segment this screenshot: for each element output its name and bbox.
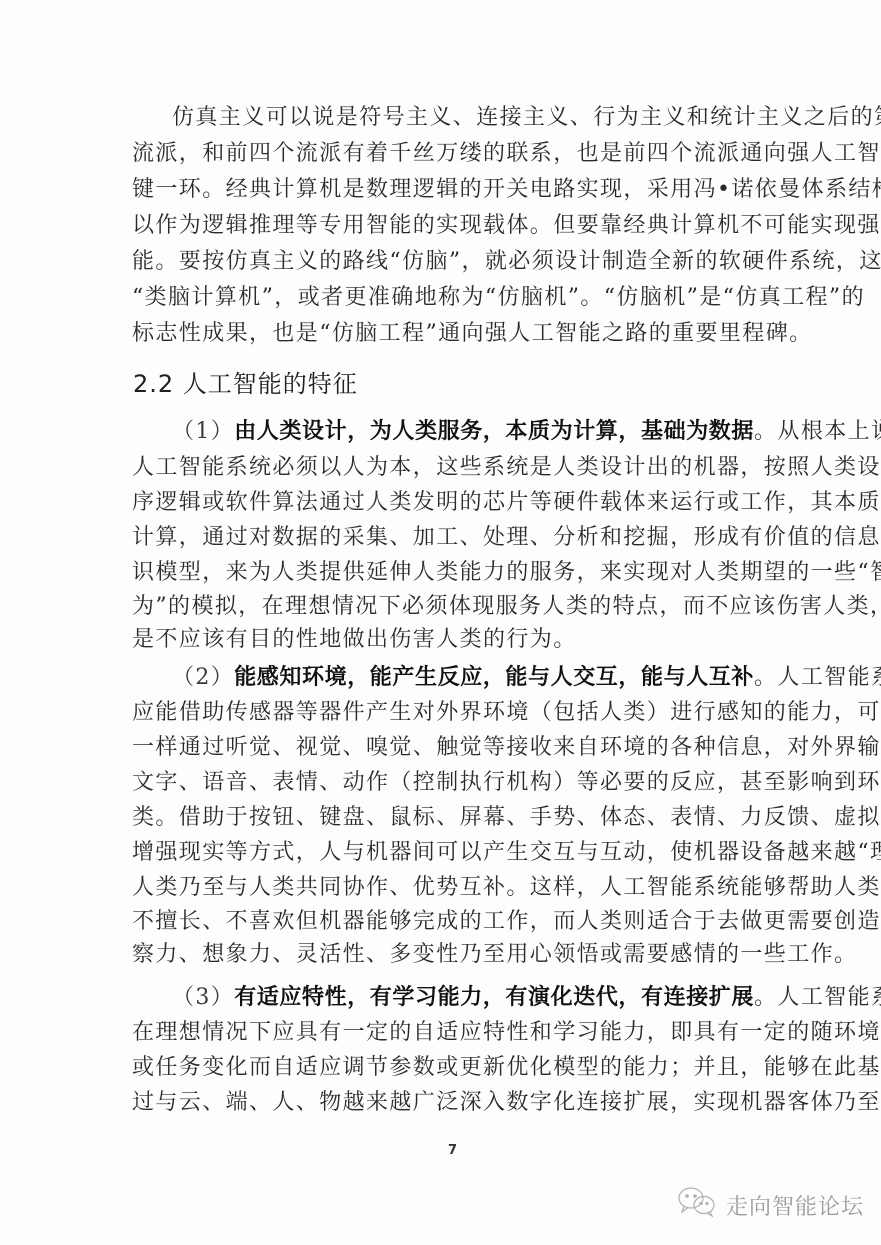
section-heading: 2.2 人工智能的特征 bbox=[133, 368, 358, 400]
text-line: 标志性成果，也是“仿脑工程”通向强人工智能之路的重要里程碑。 bbox=[132, 319, 748, 349]
text-line-lead: （2）能感知环境，能产生反应，能与人交互，能与人互补。人工智能系统 bbox=[172, 663, 748, 693]
watermark-text: 走向智能论坛 bbox=[726, 1190, 864, 1221]
text-line: 为”的模拟，在理想情况下必须体现服务人类的特点，而不应该伤害人类，特别 bbox=[132, 592, 748, 622]
text-line: 不擅长、不喜欢但机器能够完成的工作，而人类则适合于去做更需要创造性、洞 bbox=[132, 907, 748, 937]
text-line: 人类乃至与人类共同协作、优势互补。这样，人工智能系统能够帮助人类做人类 bbox=[132, 873, 748, 903]
text-line: 一样通过听觉、视觉、嗅觉、触觉等接收来自环境的各种信息，对外界输入产生 bbox=[132, 733, 748, 763]
text-line: 文字、语音、表情、动作（控制执行机构）等必要的反应，甚至影响到环境或人 bbox=[132, 768, 748, 798]
text-line: 或任务变化而自适应调节参数或更新优化模型的能力；并且，能够在此基础上通 bbox=[132, 1053, 748, 1083]
watermark: 走向智能论坛 bbox=[676, 1185, 864, 1225]
item-number: （1） bbox=[172, 419, 234, 444]
text-line: 过与云、端、人、物越来越广泛深入数字化连接扩展，实现机器客体乃至人类主 bbox=[132, 1088, 748, 1118]
wechat-icon bbox=[676, 1185, 720, 1225]
page-number: 7 bbox=[448, 1143, 457, 1158]
text-line: 应能借助传感器等器件产生对外界环境（包括人类）进行感知的能力，可以像人 bbox=[132, 698, 748, 728]
lead-tail: 。人工智能系统 bbox=[754, 665, 881, 690]
text-line-lead: （1）由人类设计，为人类服务，本质为计算，基础为数据。从根本上说， bbox=[172, 417, 748, 447]
lead-tail: 。从根本上说， bbox=[754, 419, 881, 444]
text-line: 以作为逻辑推理等专用智能的实现载体。但要靠经典计算机不可能实现强人工智 bbox=[132, 211, 748, 241]
text-line: 类。借助于按钮、键盘、鼠标、屏幕、手势、体态、表情、力反馈、虚拟现实/ bbox=[132, 803, 748, 833]
text-line: 序逻辑或软件算法通过人类发明的芯片等硬件载体来运行或工作，其本质体现为 bbox=[132, 488, 748, 518]
text-line: 仿真主义可以说是符号主义、连接主义、行为主义和统计主义之后的第五个 bbox=[172, 103, 748, 133]
bold-lead: 能感知环境，能产生反应，能与人交互，能与人互补 bbox=[234, 665, 754, 690]
item-number: （2） bbox=[172, 665, 234, 690]
text-line: 在理想情况下应具有一定的自适应特性和学习能力，即具有一定的随环境、数据 bbox=[132, 1018, 748, 1048]
text-line: 察力、想象力、灵活性、多变性乃至用心领悟或需要感情的一些工作。 bbox=[132, 940, 748, 970]
text-line-lead: （3）有适应特性，有学习能力，有演化迭代，有连接扩展。人工智能系统 bbox=[172, 983, 748, 1013]
bold-lead: 由人类设计，为人类服务，本质为计算，基础为数据 bbox=[234, 419, 754, 444]
text-line: 能。要按仿真主义的路线“仿脑”，就必须设计制造全新的软硬件系统，这就是 bbox=[132, 247, 748, 277]
item-number: （3） bbox=[172, 985, 234, 1010]
text-line: 流派，和前四个流派有着千丝万缕的联系，也是前四个流派通向强人工智能的关 bbox=[132, 139, 748, 169]
text-line: 计算，通过对数据的采集、加工、处理、分析和挖掘，形成有价值的信息流和知 bbox=[132, 523, 748, 553]
text-line: 增强现实等方式，人与机器间可以产生交互与互动，使机器设备越来越“理解” bbox=[132, 838, 748, 868]
text-line: 识模型，来为人类提供延伸人类能力的服务，来实现对人类期望的一些“智能行 bbox=[132, 558, 748, 588]
text-line: 键一环。经典计算机是数理逻辑的开关电路实现，采用冯•诺依曼体系结构，可 bbox=[132, 175, 748, 205]
text-line: 人工智能系统必须以人为本，这些系统是人类设计出的机器，按照人类设定的程 bbox=[132, 453, 748, 483]
lead-tail: 。人工智能系统 bbox=[754, 985, 881, 1010]
document-page: 仿真主义可以说是符号主义、连接主义、行为主义和统计主义之后的第五个 流派，和前四… bbox=[0, 0, 881, 1245]
text-line: “类脑计算机”，或者更准确地称为“仿脑机”。“仿脑机”是“仿真工程”的 bbox=[132, 283, 748, 313]
text-line: 是不应该有目的性地做出伤害人类的行为。 bbox=[132, 625, 748, 655]
bold-lead: 有适应特性，有学习能力，有演化迭代，有连接扩展 bbox=[234, 985, 754, 1010]
